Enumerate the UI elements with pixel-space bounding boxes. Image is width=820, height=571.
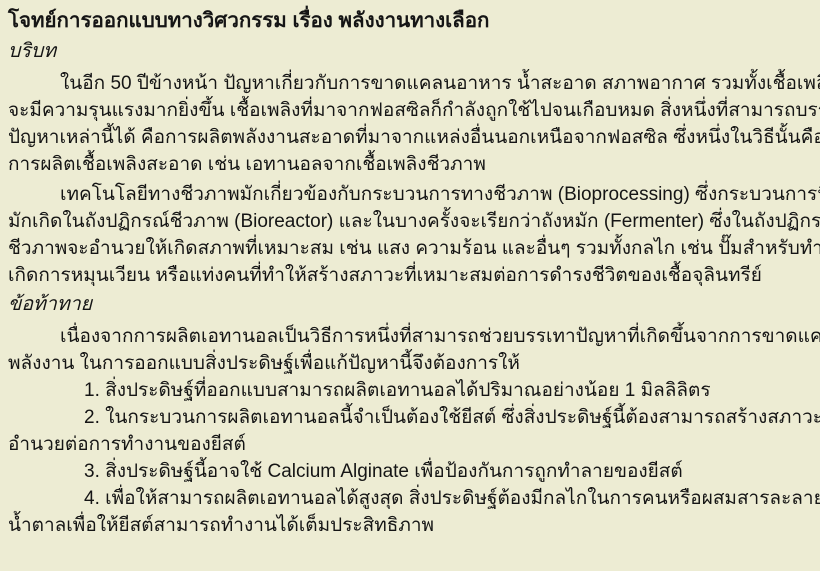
text-line: จะมีความรุนแรงมากยิ่งขึ้น เชื้อเพลิงที่ม… <box>8 97 812 124</box>
text-line: พลังงาน ในการออกแบบสิ่งประดิษฐ์เพื่อแก้ป… <box>8 350 812 377</box>
text-line: การผลิตเชื้อเพลิงสะอาด เช่น เอทานอลจากเช… <box>8 151 812 178</box>
text-line: น้ำตาลเพื่อให้ยีสต์สามารถทำงานได้เต็มประ… <box>8 512 812 539</box>
text-line: 1. สิ่งประดิษฐ์ที่ออกแบบสามารถผลิตเอทานอ… <box>8 377 812 404</box>
text-line: ปัญหาเหล่านี้ได้ คือการผลิตพลังงานสะอาดท… <box>8 124 812 151</box>
text-line: 2. ในกระบวนการผลิตเอทานอลนี้จำเป็นต้องใช… <box>8 404 812 431</box>
text-line: เทคโนโลยีทางชีวภาพมักเกี่ยวข้องกับกระบวน… <box>8 181 812 208</box>
page-title: โจทย์การออกแบบทางวิศวกรรม เรื่อง พลังงาน… <box>8 5 812 36</box>
section-heading: ข้อท้าทาย <box>8 289 812 320</box>
worksheet-page: โจทย์การออกแบบทางวิศวกรรม เรื่อง พลังงาน… <box>0 0 820 571</box>
text-line: 4. เพื่อให้สามารถผลิตเอทานอลได้สูงสุด สิ… <box>8 485 812 512</box>
text-line: มักเกิดในถังปฏิกรณ์ชีวภาพ (Bioreactor) แ… <box>8 208 812 235</box>
text-line: เนื่องจากการผลิตเอทานอลเป็นวิธีการหนึ่งท… <box>8 323 812 350</box>
text-line: 3. สิ่งประดิษฐ์นี้อาจใช้ Calcium Alginat… <box>8 458 812 485</box>
section-heading: บริบท <box>8 36 812 67</box>
text-line: ชีวภาพจะอำนวยให้เกิดสภาพที่เหมาะสม เช่น … <box>8 235 812 262</box>
document-body: บริบทในอีก 50 ปีข้างหน้า ปัญหาเกี่ยวกับก… <box>8 36 812 539</box>
text-line: เกิดการหมุนเวียน หรือแท่งคนที่ทำให้สร้าง… <box>8 262 812 289</box>
text-line: อำนวยต่อการทำงานของยีสต์ <box>8 431 812 458</box>
text-line: ในอีก 50 ปีข้างหน้า ปัญหาเกี่ยวกับการขาด… <box>8 70 812 97</box>
